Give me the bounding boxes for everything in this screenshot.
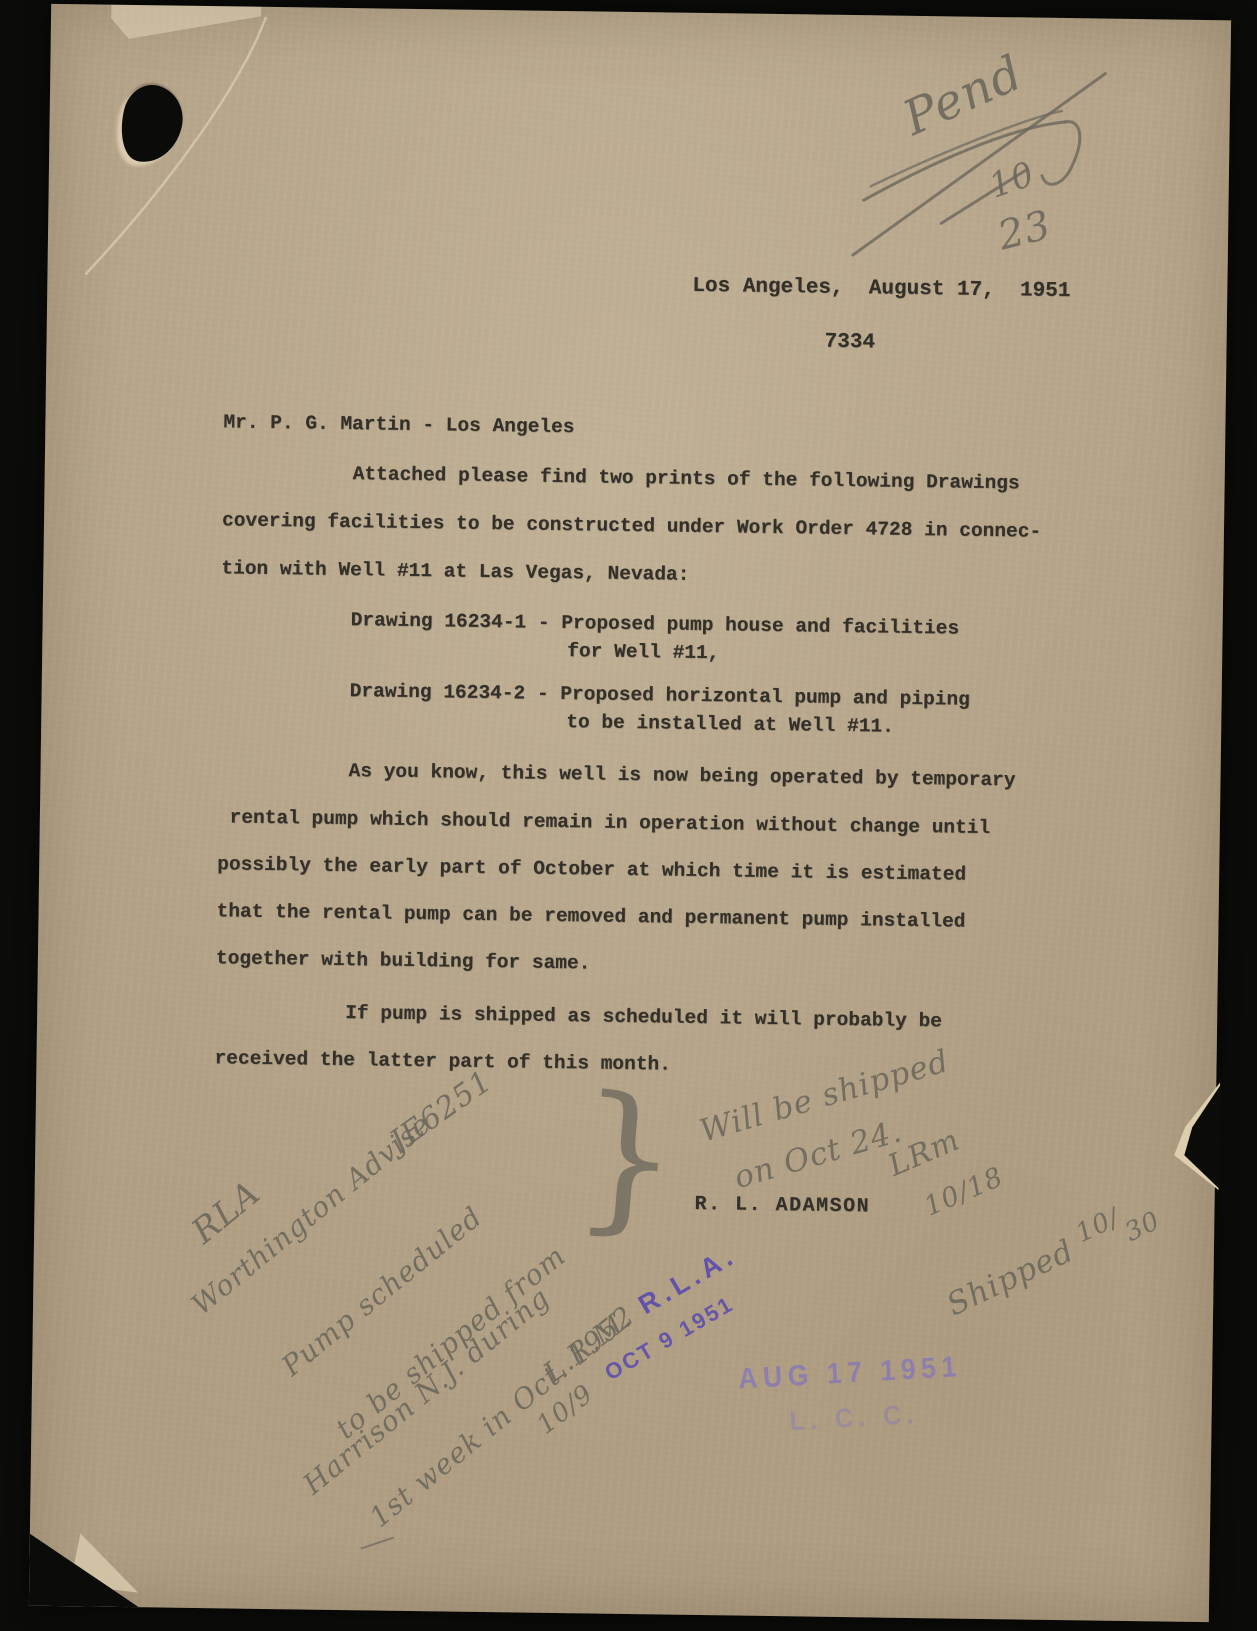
drawing2-label: Drawing 16234-2 - Proposed horizontal pu… [350, 680, 970, 711]
note-oct18-date: 10/18 [920, 1161, 1008, 1222]
para3-line1: If pump is shipped as scheduled it will … [345, 1002, 942, 1032]
para2-line2: rental pump which should remain in opera… [218, 806, 991, 839]
shipped-note: Shipped 10/30 [938, 1188, 1165, 1330]
shipped-note-word: Shipped [941, 1233, 1079, 1323]
drawing2-cont: to be installed at Well #11. [566, 711, 894, 738]
pencil-scrawl-word: Pend [895, 45, 1031, 147]
para2-line1: As you know, this well is now being oper… [348, 760, 1015, 791]
drawing1-cont: for Well #11, [567, 640, 719, 664]
para1-line3: tion with Well #11 at Las Vegas, Nevada: [221, 557, 689, 586]
para2-line3: possibly the early part of October at wh… [217, 853, 966, 885]
typed-signature: R. L. ADAMSON [694, 1193, 870, 1218]
shipped-note-denominator: 30 [1120, 1206, 1165, 1248]
para2-line4: that the rental pump can be removed and … [216, 900, 965, 932]
para1-line2: covering facilities to be constructed un… [222, 509, 1041, 542]
file-number: 7334 [824, 331, 875, 355]
pencil-scrawl-numerator: 10 [984, 154, 1040, 207]
para1-line1: Attached please find two prints of the f… [353, 463, 1020, 494]
pencil-brace: } [569, 1059, 687, 1254]
punch-hole [114, 80, 190, 169]
received-stamp-org: L. C. C. [789, 1399, 920, 1437]
letter-paper: Pend 10 23 Los Angeles, August 17, 1951 … [29, 4, 1231, 1622]
para2-line5: together with building for same. [216, 947, 591, 974]
shipped-note-numerator: 10/ [1071, 1203, 1124, 1249]
pencil-scrawl-denominator: 23 [993, 202, 1056, 260]
dateline: Los Angeles, August 17, 1951 [692, 275, 1070, 303]
recipient-line: Mr. P. G. Martin - Los Angeles [223, 411, 574, 438]
scanned-letter-scene: Pend 10 23 Los Angeles, August 17, 1951 … [0, 0, 1257, 1631]
drawing1-label: Drawing 16234-1 - Proposed pump house an… [351, 609, 960, 639]
received-stamp-date: AUG 17 1951 [737, 1351, 962, 1396]
torn-corner-sliver [111, 5, 261, 41]
